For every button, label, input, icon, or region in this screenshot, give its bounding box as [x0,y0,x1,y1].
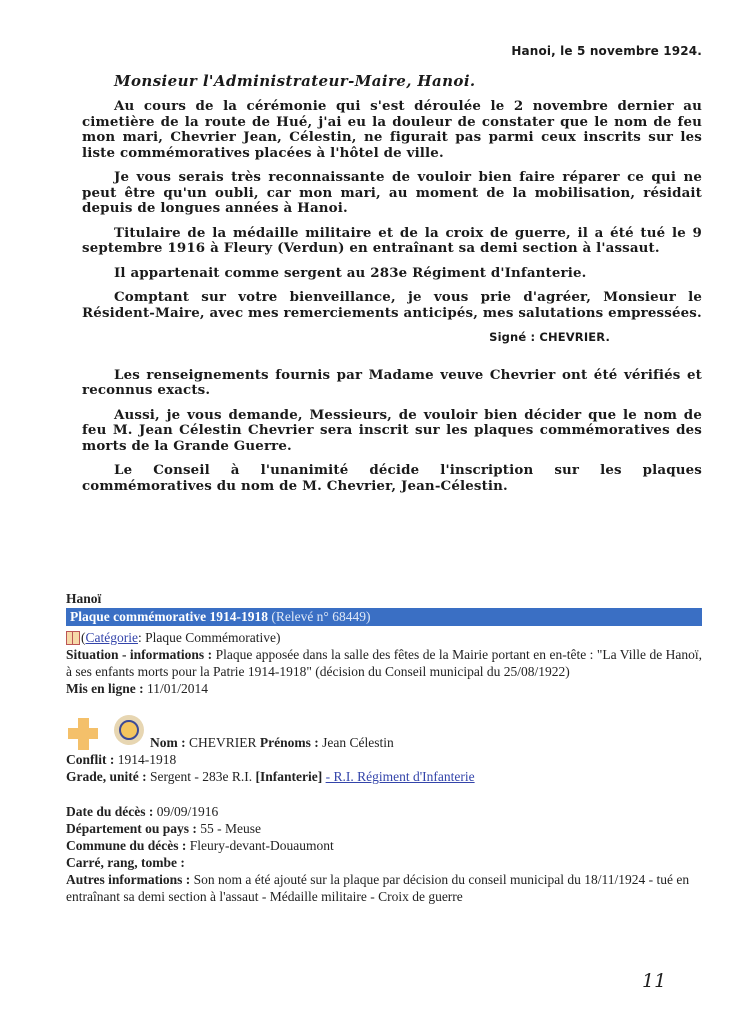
conflit-label: Conflit : [66,752,114,767]
arme-value: [Infanterie] [255,769,322,784]
autres-field: Autres informations : Son nom a été ajou… [66,871,702,905]
online-label: Mis en ligne : [66,681,144,696]
nom-label: Nom : [150,735,186,750]
name-field: Nom : CHEVRIER Prénoms : Jean Célestin [150,734,394,751]
letter-paragraph: Au cours de la cérémonie qui s'est dérou… [82,99,702,161]
dept-value: 55 - Meuse [200,821,261,836]
conflit-field: Conflit : 1914-1918 [66,751,702,768]
letter-signature: Signé : CHEVRIER. [82,330,702,346]
scanned-letter: Hanoi, le 5 novembre 1924. Monsieur l'Ad… [82,44,702,503]
commune-label: Commune du décès : [66,838,186,853]
letter-paragraph: Je vous serais très reconnaissante de vo… [82,170,702,217]
record-title: Plaque commémorative 1914-1918 [70,609,268,624]
autres-label: Autres informations : [66,872,190,887]
commune-value: Fleury-devant-Douaumont [190,838,334,853]
online-field: Mis en ligne : 11/01/2014 [66,680,702,697]
grade-label: Grade, unité : [66,769,147,784]
croix-de-guerre-icon [66,717,100,751]
deces-label: Date du décès : [66,804,153,819]
grade-field: Grade, unité : Sergent - 283e R.I. [Infa… [66,768,702,785]
unit-link[interactable]: - R.I. Régiment d'Infanterie [326,769,475,784]
commune-field: Commune du décès : Fleury-devant-Douaumo… [66,837,702,854]
council-paragraph: Les renseignements fournis par Madame ve… [82,368,702,399]
prenoms-label: Prénoms : [260,735,319,750]
letter-paragraph: Il appartenait comme sergent au 283e Rég… [82,266,702,282]
record-header-bar: Plaque commémorative 1914-1918 (Relevé n… [66,608,702,626]
category-line: (Catégorie: Plaque Commémorative) [66,629,702,646]
medaille-militaire-icon [114,715,144,745]
online-value: 11/01/2014 [147,681,208,696]
grade-value: Sergent - 283e R.I. [150,769,252,784]
situation-field: Situation - informations : Plaque apposé… [66,646,702,680]
dept-label: Département ou pays : [66,821,197,836]
carre-field: Carré, rang, tombe : [66,854,702,871]
dept-field: Département ou pays : 55 - Meuse [66,820,702,837]
record-city: Hanoï [66,590,702,607]
category-link[interactable]: Catégorie [86,629,138,646]
letter-paragraph: Titulaire de la médaille militaire et de… [82,226,702,257]
deces-value: 09/09/1916 [157,804,219,819]
conflit-value: 1914-1918 [118,752,177,767]
situation-label: Situation - informations : [66,647,212,662]
page-folio: 11 [642,970,666,992]
memorial-record: Hanoï Plaque commémorative 1914-1918 (Re… [66,590,702,905]
nom-value: CHEVRIER [189,735,257,750]
council-paragraph: Le Conseil à l'unanimité décide l'inscri… [82,463,702,494]
letter-salutation: Monsieur l'Administrateur-Maire, Hanoi. [114,74,702,90]
carre-label: Carré, rang, tombe : [66,855,185,870]
prenoms-value: Jean Célestin [322,735,394,750]
letter-date: Hanoi, le 5 novembre 1924. [82,44,702,60]
record-releve: (Relevé n° 68449) [271,609,370,624]
medals-row: Nom : CHEVRIER Prénoms : Jean Célestin [66,715,702,751]
category-value: : Plaque Commémorative) [138,629,280,646]
council-paragraph: Aussi, je vous demande, Messieurs, de vo… [82,408,702,455]
deces-field: Date du décès : 09/09/1916 [66,803,702,820]
letter-paragraph: Comptant sur votre bienveillance, je vou… [82,290,702,321]
book-icon [66,631,80,645]
